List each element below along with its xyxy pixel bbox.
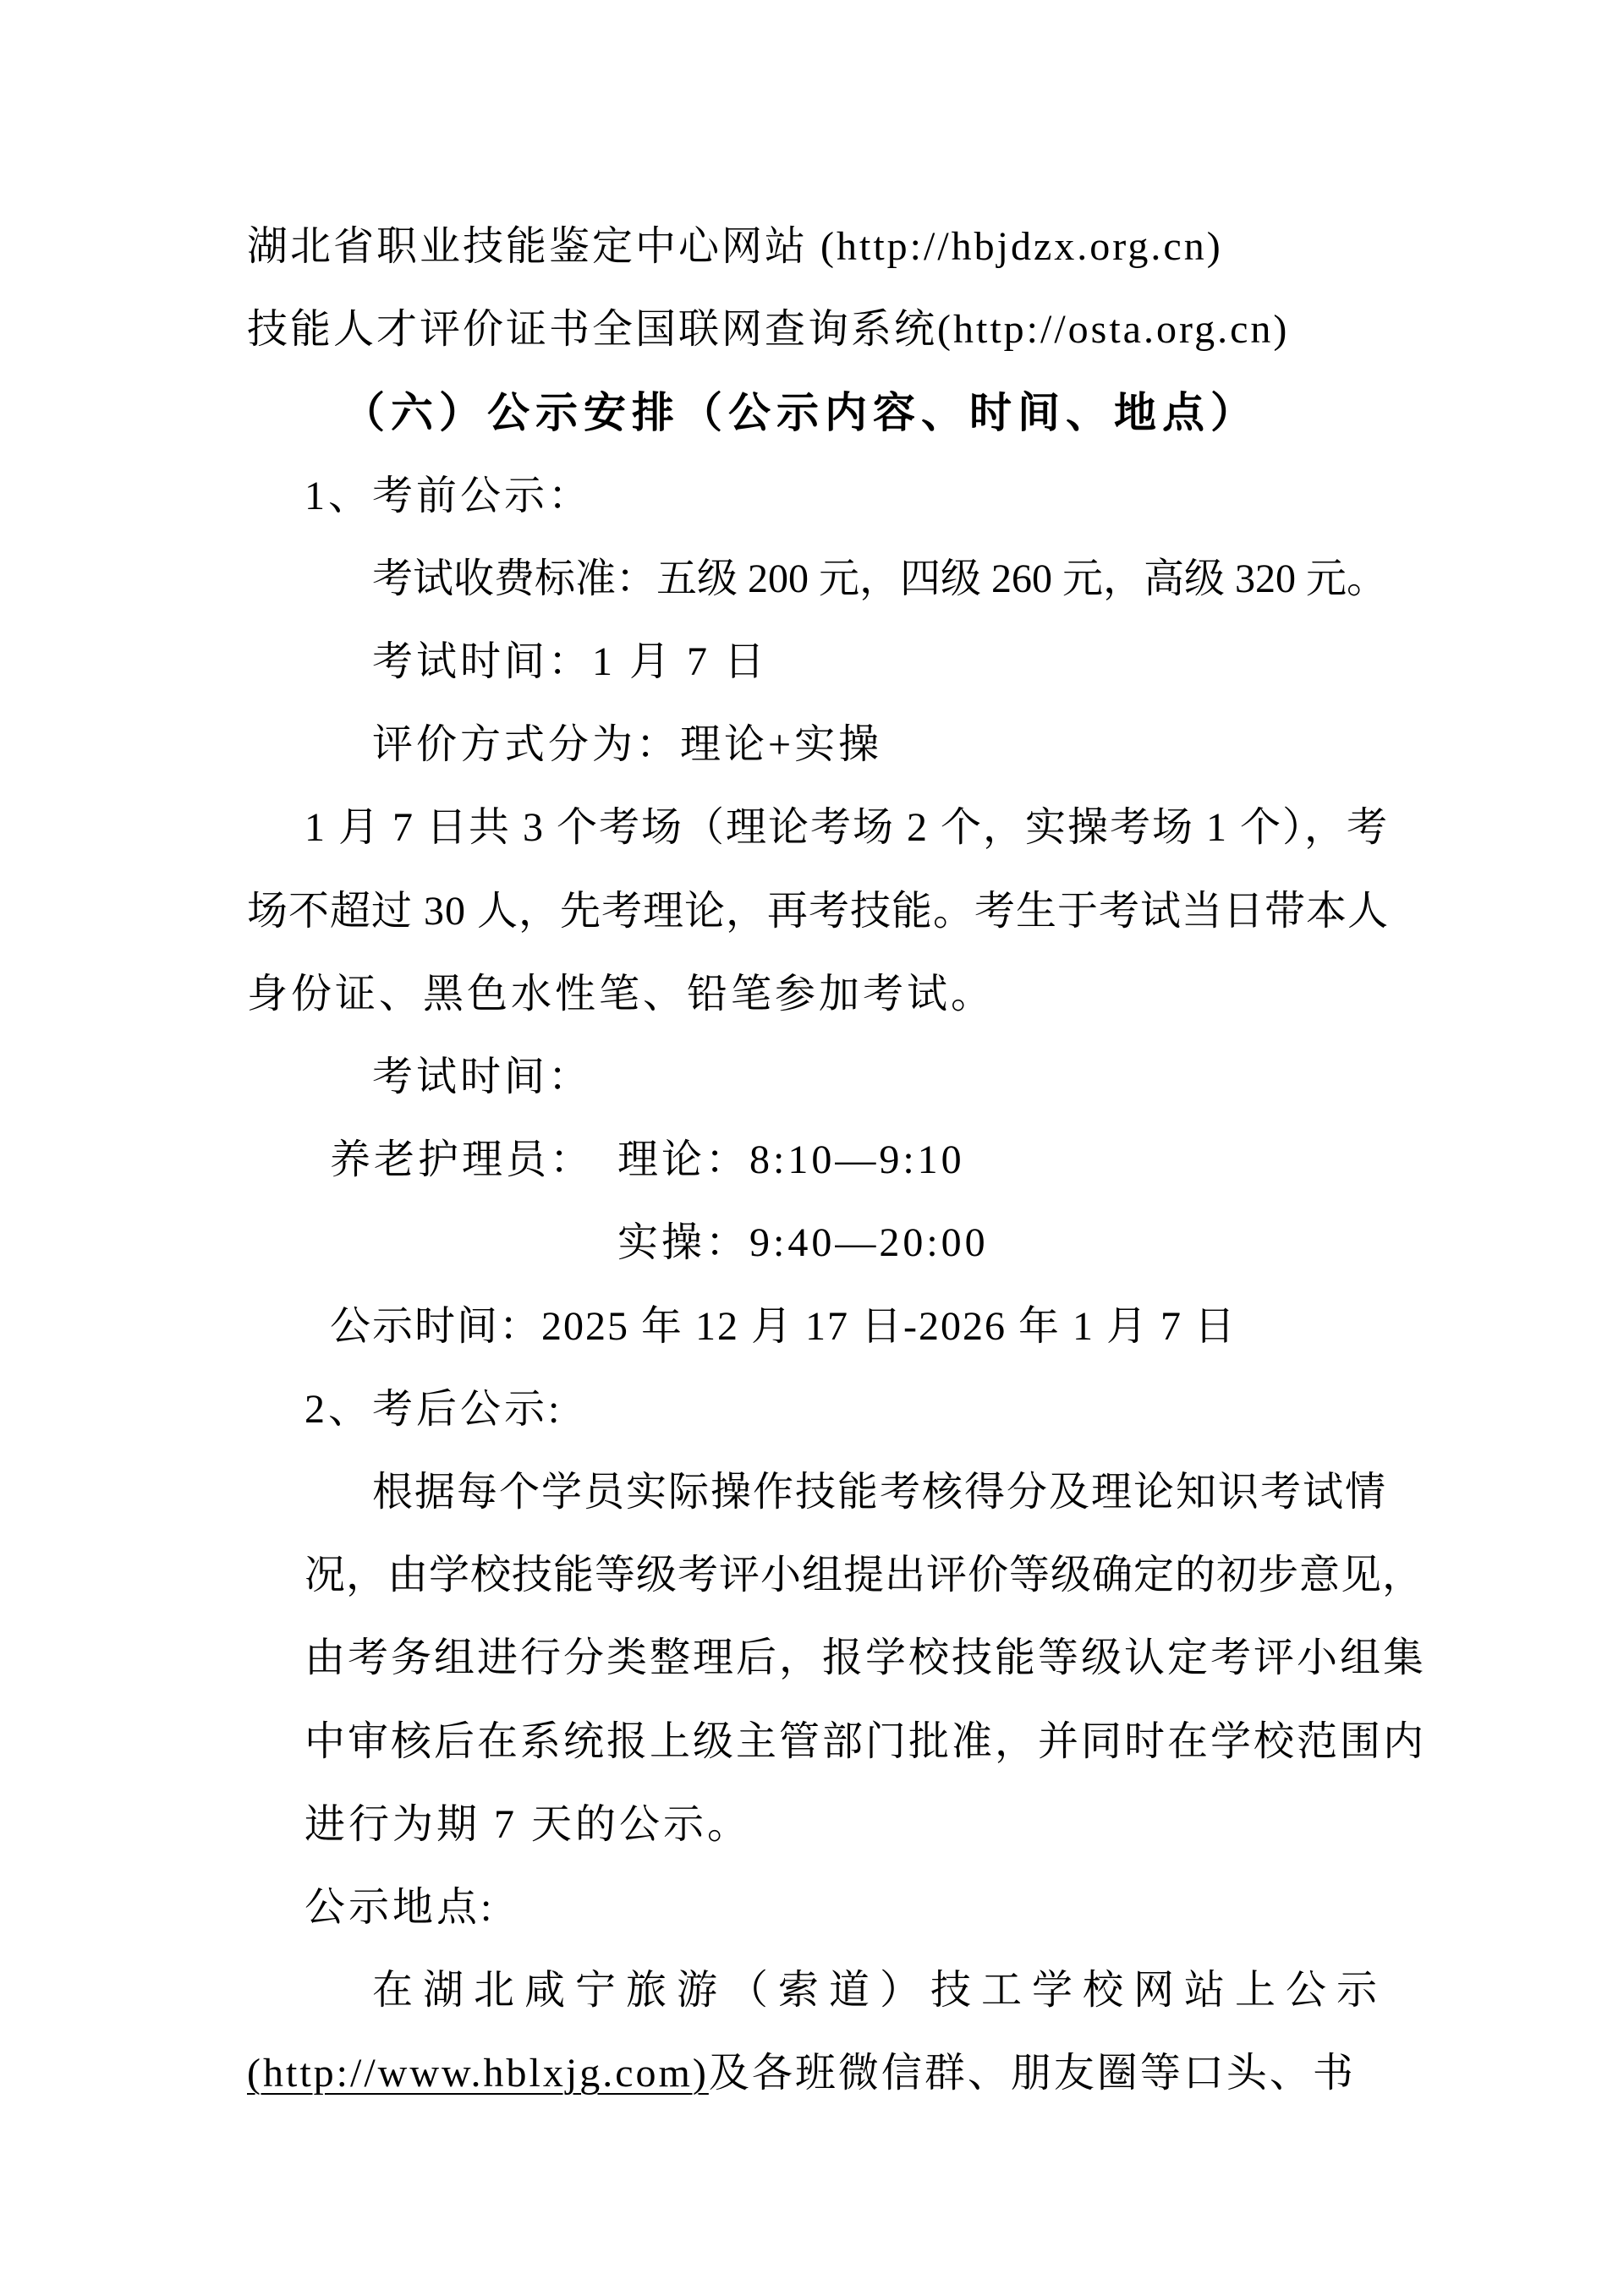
document-page: 湖北省职业技能鉴定中心网站 (http://hbjdzx.org.cn) 技能人… <box>0 0 1624 2296</box>
venue-paragraph-line: 场不超过 30 人，先考理论，再考技能。考生于考试当日带本人 <box>247 870 1389 953</box>
pre-exam-heading: 1、考前公示： <box>304 455 592 538</box>
exam-date-line: 考试时间：1 月 7 日 <box>372 621 768 704</box>
evaluation-method-line: 评价方式分为：理论+实操 <box>372 704 882 786</box>
venue-paragraph-line: 1 月 7 日共 3 个考场（理论考场 2 个，实操考场 1 个），考 <box>304 786 1389 869</box>
ref-site-osta-line: 技能人才评价证书全国联网查询系统(http://osta.org.cn) <box>247 288 1289 371</box>
venue-paragraph-line: 身份证、黑色水性笔、铅笔参加考试。 <box>247 953 995 1036</box>
exam-fee-line: 考试收费标准：五级 200 元，四级 260 元，高级 320 元。 <box>372 538 1387 621</box>
post-exam-paragraph-line: 根据每个学员实际操作技能考核得分及理论知识考试情 <box>372 1451 1387 1534</box>
section-six-heading: （六）公示安排（公示内容、时间、地点） <box>343 371 1259 454</box>
post-exam-paragraph-line: 由考务组进行分类整理后，报学校技能等级认定考评小组集 <box>304 1617 1426 1700</box>
location-line-2: (http://www.hblxjg.com)及各班微信群、朋友圈等口头、书 <box>247 2032 1356 2115</box>
exam-time-label: 考试时间： <box>372 1036 592 1119</box>
location-line-2-rest: 及各班微信群、朋友圈等口头、书 <box>709 2051 1356 2096</box>
post-exam-paragraph-line: 中审核后在系统报上级主管部门批准，并同时在学校范围内 <box>304 1701 1426 1784</box>
occupation-label: 养老护理员： <box>330 1119 594 1202</box>
publicity-period-line: 公示时间：2025 年 12 月 17 日-2026 年 1 月 7 日 <box>330 1285 1237 1368</box>
theory-time: 理论：8:10—9:10 <box>617 1119 965 1202</box>
publicity-location-label: 公示地点: <box>304 1866 495 1949</box>
post-exam-heading: 2、考后公示: <box>304 1368 562 1451</box>
post-exam-paragraph-line: 进行为期 7 天的公示。 <box>304 1784 751 1866</box>
ref-site-hbjdzx-line: 湖北省职业技能鉴定中心网站 (http://hbjdzx.org.cn) <box>247 205 1223 288</box>
location-line-1: 在湖北咸宁旅游（索道）技工学校网站上公示 <box>372 1949 1387 2032</box>
school-website-link[interactable]: (http://www.hblxjg.com) <box>247 2051 709 2096</box>
practice-time: 实操：9:40—20:00 <box>617 1202 989 1285</box>
post-exam-paragraph-line: 况，由学校技能等级考评小组提出评价等级确定的初步意见， <box>304 1534 1424 1617</box>
